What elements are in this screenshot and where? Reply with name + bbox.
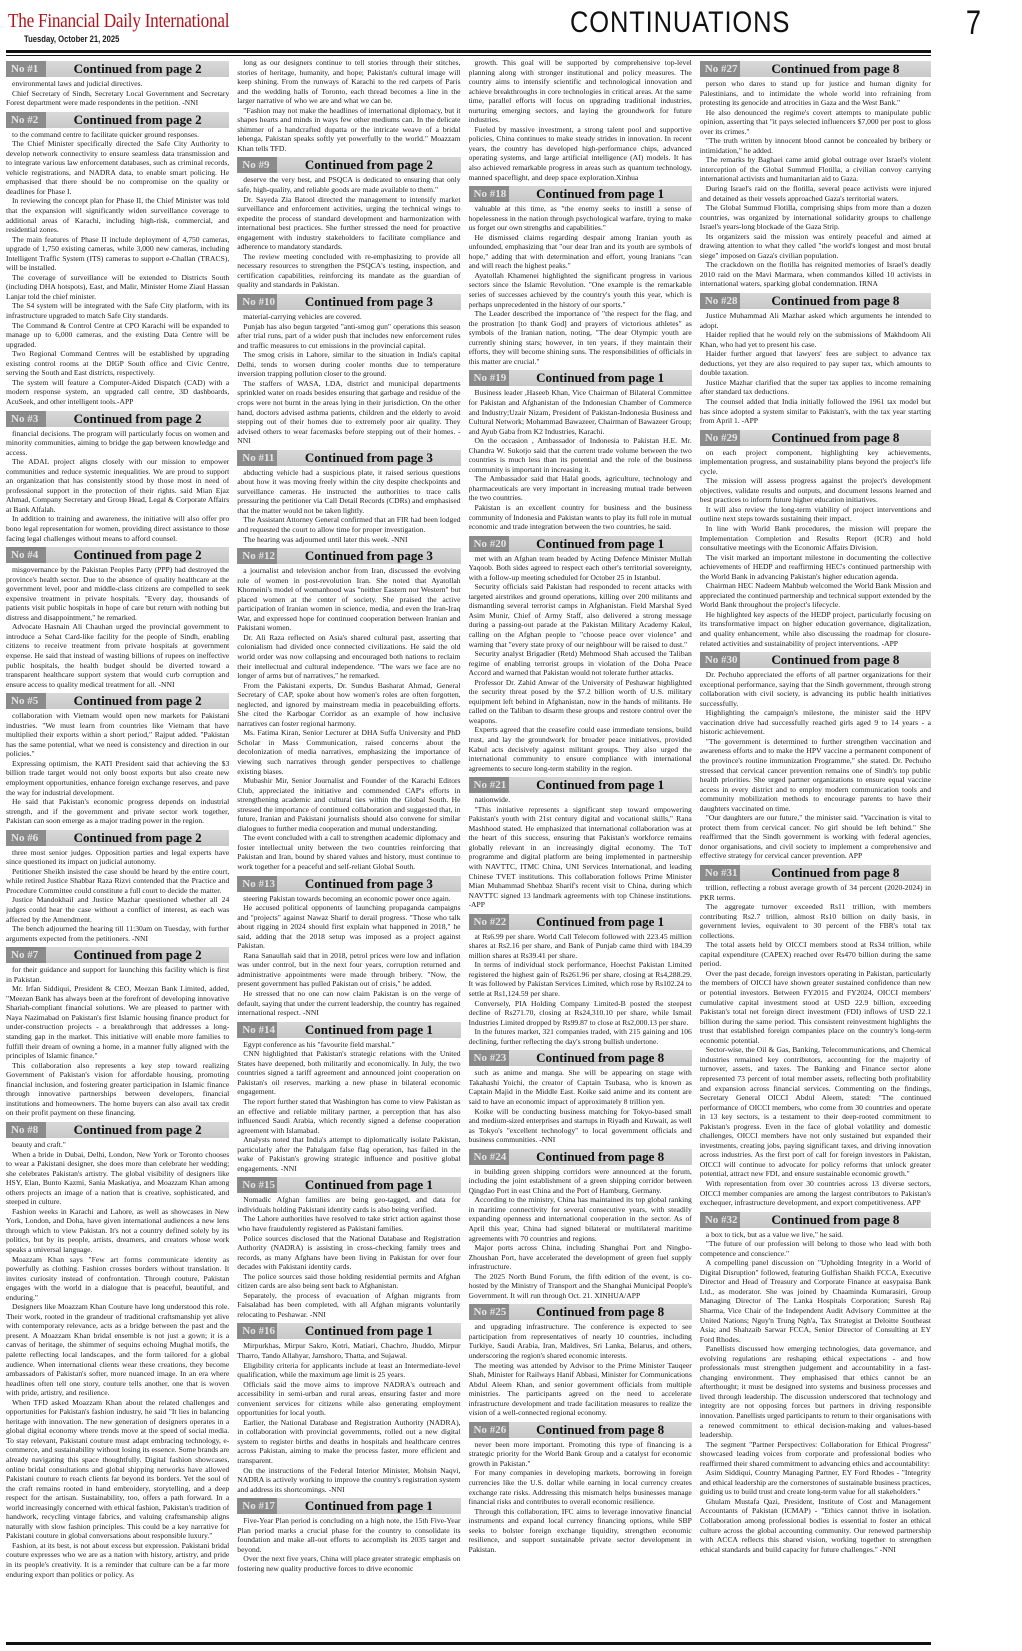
story-paragraph: The report further stated that Washingto… <box>237 1097 460 1135</box>
story-paragraph: The meeting was attended by Advisor to t… <box>469 1361 692 1418</box>
continued-from-label: Continued from page 8 <box>509 1422 692 1438</box>
continued-from-label: Continued from page 2 <box>46 693 229 709</box>
story-paragraph: Sector-wise, the Oil & Gas, Banking, Tel… <box>700 1045 931 1179</box>
story-paragraph: Separately, the process of evacuation of… <box>237 1291 460 1320</box>
story-paragraph: The Chief Minister specifically directed… <box>6 139 229 196</box>
story-header: No #2Continued from page 2 <box>6 112 229 128</box>
story-paragraph: Dr. Pechuho appreciated the efforts of a… <box>700 670 931 708</box>
story-paragraph: valuable at this time, as "the enemy see… <box>469 204 692 233</box>
story-paragraph: in building green shipping corridors wer… <box>469 1167 692 1196</box>
footer-rule <box>6 1642 931 1645</box>
story-paragraph: Professor Dr. Zahid Anwar of the Univers… <box>469 678 692 726</box>
story-paragraph: Conversely, PIA Holding Company Limited-… <box>469 999 692 1028</box>
story-paragraph: Designers like Moazzam Khan Couture have… <box>6 1302 229 1397</box>
story-paragraph: environmental laws and judicial directiv… <box>6 79 229 89</box>
story-header: No #27Continued from page 8 <box>700 61 931 77</box>
story: No #32Continued from page 8a box to tick… <box>700 1212 931 1555</box>
story-paragraph: deserve the very best, and PSQCA is dedi… <box>237 175 460 194</box>
story-paragraph: The segment "Partner Perspectives: Colla… <box>700 1440 931 1469</box>
story-paragraph: The staffers of WASA, LDA, district and … <box>237 379 460 446</box>
story-number-badge: No #21 <box>469 777 509 793</box>
story-paragraph: The S4 system will be integrated with th… <box>6 301 229 320</box>
story-header: No #6Continued from page 2 <box>6 830 229 846</box>
story-header: No #4Continued from page 2 <box>6 547 229 563</box>
story-paragraph: a box to tick, but as a value we live," … <box>700 1230 931 1240</box>
story-paragraph: Business leader ,Haseeb Khan, Vice Chair… <box>469 388 692 436</box>
story-number-badge: No #27 <box>700 61 740 77</box>
story-paragraph: The police sources said those holding re… <box>237 1272 460 1291</box>
continued-from-label: Continued from page 2 <box>46 947 229 963</box>
story-paragraph: On the instructions of the Federal Inter… <box>237 1466 460 1495</box>
story: No #17Continued from page 1Five-Year Pla… <box>237 1498 460 1573</box>
masthead: The Financial Daily International Tuesda… <box>6 0 931 50</box>
continued-from-label: Continued from page 8 <box>509 1304 692 1320</box>
story-paragraph: He said that Pakistan's economic progres… <box>6 797 229 826</box>
story: No #23Continued from page 8such as anime… <box>469 1050 692 1144</box>
masthead-rule-thin <box>6 55 931 56</box>
story-paragraph: Moazzam Khan says "Few art forms communi… <box>6 1255 229 1303</box>
page-number: 7 <box>966 4 981 43</box>
continued-from-label: Continued from page 1 <box>277 1177 460 1193</box>
story-paragraph: and upgrading infrastructure. The confer… <box>469 1322 692 1360</box>
story-paragraph: Chief Secretary of Sindh, Secretary Loca… <box>6 89 229 108</box>
story-paragraph: The aggregate turnover exceeded Rs11 tri… <box>700 902 931 940</box>
story-number-badge: No #20 <box>469 536 509 552</box>
continued-from-label: Continued from page 2 <box>46 61 229 77</box>
story-paragraph: The smog crisis in Lahore, similar to th… <box>237 350 460 379</box>
story-paragraph: Fashion weeks in Karachi and Lahore, as … <box>6 1207 229 1255</box>
story-header: No #19Continued from page 1 <box>469 370 692 386</box>
story-paragraph: The mission will assess progress against… <box>700 476 931 505</box>
story-paragraph: long as our designers continue to tell s… <box>237 58 460 106</box>
story-paragraph: He stressed that no one can now claim Pa… <box>237 989 460 1018</box>
story-header: No #3Continued from page 2 <box>6 411 229 427</box>
continued-from-label: Continued from page 8 <box>740 61 931 77</box>
story-number-badge: No #22 <box>469 914 509 930</box>
story-paragraph: Koike will be conducting business matchi… <box>469 1107 692 1145</box>
story-header: No #29Continued from page 8 <box>700 430 931 446</box>
story-paragraph: material-carrying vehicles are covered. <box>237 312 460 322</box>
story-header: No #1Continued from page 2 <box>6 61 229 77</box>
story-paragraph: The main features of Phase II include de… <box>6 235 229 273</box>
continued-from-label: Continued from page 1 <box>509 914 692 930</box>
story-number-badge: No #18 <box>469 186 509 202</box>
story-paragraph: He accused political opponents of launch… <box>237 903 460 951</box>
column-2: long as our designers continue to tell s… <box>237 58 460 1638</box>
story-paragraph: for their guidance and support for launc… <box>6 965 229 984</box>
story: No #18Continued from page 1valuable at t… <box>469 186 692 366</box>
story-paragraph: person who dares to stand up for justice… <box>700 79 931 108</box>
story-paragraph: It will also review the long-term viabil… <box>700 505 931 524</box>
continued-from-label: Continued from page 2 <box>46 830 229 846</box>
continued-from-label: Continued from page 1 <box>509 536 692 552</box>
story-number-badge: No #3 <box>6 411 46 427</box>
story-paragraph: Fashion, at its best, is not about exces… <box>6 1541 229 1579</box>
story-paragraph: collaboration with Vietnam would open ne… <box>6 711 229 759</box>
story-header: No #5Continued from page 2 <box>6 693 229 709</box>
story-paragraph: When TFD asked Moazzam Khan about the re… <box>6 1398 229 1541</box>
story-number-badge: No #23 <box>469 1050 509 1066</box>
story-paragraph: The total assets held by OICCI members s… <box>700 940 931 969</box>
story-header: No #9Continued from page 2 <box>237 157 460 173</box>
story-paragraph: met with an Afghan team headed by Acting… <box>469 554 692 583</box>
story-paragraph: misgovernance by the Pakistan Peoples Pa… <box>6 565 229 622</box>
story-paragraph: Expressing optimism, the KATI President … <box>6 759 229 797</box>
column-4: No #27Continued from page 8person who da… <box>700 58 931 1638</box>
story-paragraph: Ayatollah Khamenei highlighted the signi… <box>469 271 692 309</box>
story-number-badge: No #5 <box>6 693 46 709</box>
story-paragraph: For many companies in developing markets… <box>469 1468 692 1506</box>
story-header: No #14Continued from page 1 <box>237 1022 460 1038</box>
story-paragraph: Analysts noted that India's attempt to d… <box>237 1135 460 1173</box>
story: No #16Continued from page 1Mirpurkhas, M… <box>237 1323 460 1494</box>
story-paragraph: Security officials said Pakistan had res… <box>469 582 692 649</box>
story-paragraph: such as anime and manga. She will be app… <box>469 1068 692 1106</box>
story-paragraph: Security analyst Brigadier (Retd) Mehmoo… <box>469 649 692 678</box>
story-paragraph: The coverage of surveillance will be ext… <box>6 273 229 302</box>
story-paragraph: In addition to training and awareness, t… <box>6 514 229 543</box>
story: No #1Continued from page 2environmental … <box>6 61 229 108</box>
story-header: No #8Continued from page 2 <box>6 1122 229 1138</box>
story: No #15Continued from page 1Nomadic Afgha… <box>237 1177 460 1319</box>
masthead-rule-thick <box>6 50 931 53</box>
story-paragraph: From the Pakistani experts, Dr. Sundus B… <box>237 681 460 729</box>
story-number-badge: No #30 <box>700 652 740 668</box>
story-number-badge: No #13 <box>237 876 277 892</box>
story-paragraph: With representation from over 30 countri… <box>700 1179 931 1208</box>
section-title: CONTINUATIONS <box>570 6 790 40</box>
story-paragraph: Mirpurkhas, Mirpur Sakro, Kotri, Matiari… <box>237 1341 460 1360</box>
story: No #9Continued from page 2deserve the ve… <box>237 157 460 290</box>
continued-from-label: Continued from page 1 <box>277 1022 460 1038</box>
story-paragraph: Egypt conference as his "favourite field… <box>237 1040 460 1050</box>
story-paragraph: The Assistant Attorney General confirmed… <box>237 515 460 534</box>
story-paragraph: at Rs6.99 per share. World Call Telecom … <box>469 932 692 961</box>
story-header: No #31Continued from page 8 <box>700 865 931 881</box>
story-paragraph: The hearing was adjourned until later th… <box>237 535 460 545</box>
story-header: No #7Continued from page 2 <box>6 947 229 963</box>
story-paragraph: According to the ministry, China has mai… <box>469 1195 692 1243</box>
story: No #14Continued from page 1Egypt confere… <box>237 1022 460 1174</box>
story-paragraph: When a bride in Dubai, Delhi, London, Ne… <box>6 1150 229 1207</box>
story-paragraph: Police sources disclosed that the Nation… <box>237 1234 460 1272</box>
story-paragraph: During Israel's raid on the flotilla, se… <box>700 184 931 203</box>
story-paragraph: Rana Sanaullah said that in 2018, petrol… <box>237 951 460 989</box>
continued-from-label: Continued from page 2 <box>46 411 229 427</box>
continued-from-label: Continued from page 8 <box>740 865 931 881</box>
story-header: No #28Continued from page 8 <box>700 293 931 309</box>
story-paragraph: abducting vehicle had a suspicious plate… <box>237 468 460 516</box>
story-paragraph: "The truth written by innocent blood can… <box>700 136 931 155</box>
story-paragraph: beauty and craft." <box>6 1140 229 1150</box>
story-paragraph: "The future of our profession will belon… <box>700 1239 931 1258</box>
story: No #29Continued from page 8on each proje… <box>700 430 931 648</box>
story-paragraph: The counsel added that India initially f… <box>700 397 931 426</box>
column-1: No #1Continued from page 2environmental … <box>6 58 229 1638</box>
story-paragraph: The Ambassador said that Halal goods, ag… <box>469 474 692 503</box>
continued-from-label: Continued from page 2 <box>46 547 229 563</box>
newspaper-page: The Financial Daily International Tuesda… <box>6 0 931 1651</box>
story-paragraph: The Leader described the importance of "… <box>469 309 692 366</box>
story-paragraph: Panellists discussed how emerging techno… <box>700 1344 931 1439</box>
story-number-badge: No #26 <box>469 1422 509 1438</box>
story: No #27Continued from page 8person who da… <box>700 61 931 289</box>
story: No #25Continued from page 8and upgrading… <box>469 1304 692 1417</box>
story-paragraph: Fueled by massive investment, a strong t… <box>469 125 692 182</box>
story-paragraph: "Our daughters are our future," the mini… <box>700 813 931 861</box>
continued-from-label: Continued from page 8 <box>509 1149 692 1165</box>
story-paragraph: Haider further argued that lawyers' fees… <box>700 349 931 378</box>
story-paragraph: Two Regional Command Centres will be est… <box>6 349 229 378</box>
story: No #12Continued from page 3a journalist … <box>237 548 460 872</box>
story: No #30Continued from page 8Dr. Pechuho a… <box>700 652 931 861</box>
story-paragraph: Justice Muhammad Ali Mazhar asked which … <box>700 311 931 330</box>
continued-from-label: Continued from page 8 <box>740 293 931 309</box>
story-header: No #23Continued from page 8 <box>469 1050 692 1066</box>
story: No #28Continued from page 8Justice Muham… <box>700 293 931 426</box>
story-number-badge: No #6 <box>6 830 46 846</box>
story: growth. This goal will be supported by c… <box>469 58 692 182</box>
story-paragraph: In line with World Bank procedures, the … <box>700 524 931 553</box>
story-paragraph: nationwide. <box>469 795 692 805</box>
story-paragraph: steering Pakistan towards becoming an ec… <box>237 894 460 904</box>
story-paragraph: The system will feature a Computer-Aided… <box>6 378 229 407</box>
story: No #21Continued from page 1nationwide."T… <box>469 777 692 910</box>
story-header: No #20Continued from page 1 <box>469 536 692 552</box>
story-number-badge: No #24 <box>469 1149 509 1165</box>
continued-from-label: Continued from page 2 <box>277 157 460 173</box>
story-paragraph: three most senior judges. Opposition par… <box>6 848 229 867</box>
story-number-badge: No #32 <box>700 1212 740 1228</box>
story-paragraph: Over the past decade, foreign investors … <box>700 969 931 1045</box>
story-paragraph: Earlier, the National Database and Regis… <box>237 1418 460 1466</box>
story-number-badge: No #14 <box>237 1022 277 1038</box>
continued-from-label: Continued from page 8 <box>509 1050 692 1066</box>
story-paragraph: CNN highlighted that Pakistan's strategi… <box>237 1049 460 1097</box>
story: No #3Continued from page 2financial deci… <box>6 411 229 544</box>
continued-from-label: Continued from page 3 <box>277 548 460 564</box>
story-header: No #32Continued from page 8 <box>700 1212 931 1228</box>
story-number-badge: No #9 <box>237 157 277 173</box>
story-paragraph: Its organizers said the mission was enti… <box>700 232 931 261</box>
story-paragraph: Pakistan is an excellent country for bus… <box>469 503 692 532</box>
story-paragraph: Eligibility criteria for applicants incl… <box>237 1361 460 1380</box>
story-header: No #10Continued from page 3 <box>237 294 460 310</box>
story-number-badge: No #19 <box>469 370 509 386</box>
continued-from-label: Continued from page 8 <box>740 1212 931 1228</box>
story-paragraph: The review meeting concluded with re-emp… <box>237 252 460 290</box>
continued-from-label: Continued from page 3 <box>277 450 460 466</box>
story-paragraph: "The government is determined to further… <box>700 737 931 813</box>
story-paragraph: growth. This goal will be supported by c… <box>469 58 692 125</box>
story-number-badge: No #2 <box>6 112 46 128</box>
story-paragraph: Experts agreed that the ceasefire could … <box>469 725 692 773</box>
continued-from-label: Continued from page 1 <box>509 186 692 202</box>
story-number-badge: No #12 <box>237 548 277 564</box>
story: No #8Continued from page 2beauty and cra… <box>6 1122 229 1579</box>
continued-from-label: Continued from page 8 <box>740 652 931 668</box>
story-paragraph: In reviewing the concept plan for Phase … <box>6 196 229 234</box>
story: No #24Continued from page 8in building g… <box>469 1149 692 1301</box>
story-paragraph: Ghulam Mustafa Qazi, President, Institut… <box>700 1497 931 1554</box>
story-number-badge: No #25 <box>469 1304 509 1320</box>
story-paragraph: Petitioner Sheikh insisted the case shou… <box>6 867 229 896</box>
story-number-badge: No #17 <box>237 1498 277 1514</box>
story: No #5Continued from page 2collaboration … <box>6 693 229 826</box>
story-paragraph: "Fashion may not make the headlines of i… <box>237 106 460 154</box>
story: No #31Continued from page 8trillion, ref… <box>700 865 931 1208</box>
story-header: No #15Continued from page 1 <box>237 1177 460 1193</box>
story: No #20Continued from page 1met with an A… <box>469 536 692 774</box>
story: No #13Continued from page 3steering Paki… <box>237 876 460 1018</box>
story-paragraph: In terms of individual stock performance… <box>469 960 692 998</box>
story-paragraph: Major ports across China, including Shan… <box>469 1243 692 1272</box>
continued-from-label: Continued from page 2 <box>46 1122 229 1138</box>
story-number-badge: No #31 <box>700 865 740 881</box>
story-paragraph: The remarks by Baghaei came amid global … <box>700 155 931 184</box>
story-paragraph: Through this collaboration, IFC aims to … <box>469 1507 692 1555</box>
story-header: No #21Continued from page 1 <box>469 777 692 793</box>
columns-container: No #1Continued from page 2environmental … <box>6 58 931 1638</box>
story-header: No #11Continued from page 3 <box>237 450 460 466</box>
story-paragraph: The visit marked an important milestone … <box>700 553 931 582</box>
story-header: No #17Continued from page 1 <box>237 1498 460 1514</box>
continued-from-label: Continued from page 2 <box>46 112 229 128</box>
story-paragraph: Officials said the move aims to improve … <box>237 1380 460 1418</box>
continued-from-label: Continued from page 1 <box>277 1498 460 1514</box>
continued-from-label: Continued from page 1 <box>277 1323 460 1339</box>
story-paragraph: to the command centre to facilitate quic… <box>6 130 229 140</box>
story-paragraph: "This initiative represents a significan… <box>469 805 692 910</box>
story-paragraph: He dismissed claims regarding despair am… <box>469 233 692 271</box>
story: No #2Continued from page 2to the command… <box>6 112 229 407</box>
story: No #4Continued from page 2misgovernance … <box>6 547 229 689</box>
story-paragraph: Mr. Irfan Siddiqui, President & CEO, Mee… <box>6 984 229 1060</box>
story-paragraph: on each project component, highlighting … <box>700 448 931 477</box>
story-paragraph: Advocate Hasnain Ali Chauhan urged the p… <box>6 622 229 689</box>
story-header: No #30Continued from page 8 <box>700 652 931 668</box>
story-number-badge: No #28 <box>700 293 740 309</box>
story: No #11Continued from page 3abducting veh… <box>237 450 460 544</box>
paper-name: The Financial Daily International <box>8 10 229 33</box>
story-paragraph: Dr. Sayeda Zia Batool directed the manag… <box>237 195 460 252</box>
story-paragraph: Five-Year Plan period is concluding on a… <box>237 1516 460 1554</box>
story-number-badge: No #10 <box>237 294 277 310</box>
story-paragraph: Asim Siddiqui, Country Managing Partner,… <box>700 1468 931 1497</box>
continued-from-label: Continued from page 1 <box>509 370 692 386</box>
story: No #19Continued from page 1Business lead… <box>469 370 692 531</box>
story-paragraph: Chairman HEC Nadeem Mahbub welcomed the … <box>700 581 931 610</box>
story-paragraph: The crackdown on the flotilla has reigni… <box>700 260 931 289</box>
story-paragraph: The event concluded with a call to stren… <box>237 833 460 871</box>
story-header: No #18Continued from page 1 <box>469 186 692 202</box>
story-paragraph: Highlighting the campaign's milestone, t… <box>700 708 931 737</box>
story-paragraph: a journalist and television anchor from … <box>237 566 460 633</box>
story-paragraph: A compelling panel discussion on "Uphold… <box>700 1258 931 1344</box>
story-paragraph: Ms. Fatima Kiran, Senior Lecturer at DHA… <box>237 728 460 776</box>
story-header: No #16Continued from page 1 <box>237 1323 460 1339</box>
story: long as our designers continue to tell s… <box>237 58 460 153</box>
story: No #6Continued from page 2three most sen… <box>6 830 229 943</box>
story-paragraph: Justice Mandokhail and Justice Mazhar qu… <box>6 895 229 924</box>
issue-date: Tuesday, October 21, 2025 <box>24 34 119 44</box>
story-number-badge: No #8 <box>6 1122 46 1138</box>
continued-from-label: Continued from page 8 <box>740 430 931 446</box>
story-paragraph: trillion, reflecting a robust average gr… <box>700 883 931 902</box>
story-paragraph: Justice Mazhar clarified that the super … <box>700 378 931 397</box>
story-paragraph: Haider replied that he would rely on the… <box>700 330 931 349</box>
story-paragraph: In the futures market, 321 companies tra… <box>469 1027 692 1046</box>
story-paragraph: The ADAL project aligns closely with our… <box>6 457 229 514</box>
story-paragraph: The bench adjourned the hearing till 11:… <box>6 924 229 943</box>
story-paragraph: He highlighted key aspects of the HEDP p… <box>700 610 931 648</box>
story-number-badge: No #29 <box>700 430 740 446</box>
story-paragraph: Mubashir Mir, Senior Journalist and Foun… <box>237 776 460 833</box>
story-paragraph: The Lahore authorities have resolved to … <box>237 1214 460 1233</box>
story-paragraph: financial decisions. The program will pa… <box>6 429 229 458</box>
story-number-badge: No #16 <box>237 1323 277 1339</box>
story-paragraph: never been more important. Promoting thi… <box>469 1440 692 1469</box>
story-paragraph: The Command & Control Centre at CPO Kara… <box>6 321 229 350</box>
story-paragraph: Nomadic Afghan families are being geo-ta… <box>237 1195 460 1214</box>
story-paragraph: Dr. Ali Raza reflected on Asia's shared … <box>237 633 460 681</box>
story-header: No #22Continued from page 1 <box>469 914 692 930</box>
story-number-badge: No #7 <box>6 947 46 963</box>
story-header: No #13Continued from page 3 <box>237 876 460 892</box>
story-number-badge: No #11 <box>237 450 277 466</box>
story: No #22Continued from page 1at Rs6.99 per… <box>469 914 692 1047</box>
story-paragraph: Over the next five years, China will pla… <box>237 1554 460 1573</box>
continued-from-label: Continued from page 3 <box>277 294 460 310</box>
story: No #26Continued from page 8never been mo… <box>469 1422 692 1555</box>
story-paragraph: He also denounced the regime's covert at… <box>700 108 931 137</box>
story-paragraph: The 2025 North Bund Forum, the fifth edi… <box>469 1272 692 1301</box>
story: No #10Continued from page 3material-carr… <box>237 294 460 446</box>
continued-from-label: Continued from page 3 <box>277 876 460 892</box>
story-paragraph: On the occasion , Ambassador of Indonesi… <box>469 436 692 474</box>
story-header: No #25Continued from page 8 <box>469 1304 692 1320</box>
continued-from-label: Continued from page 1 <box>509 777 692 793</box>
story-paragraph: Punjab has also begun targeted "anti-smo… <box>237 322 460 351</box>
column-3: growth. This goal will be supported by c… <box>469 58 692 1638</box>
story-header: No #24Continued from page 8 <box>469 1149 692 1165</box>
story-number-badge: No #1 <box>6 61 46 77</box>
story-number-badge: No #4 <box>6 547 46 563</box>
story-header: No #12Continued from page 3 <box>237 548 460 564</box>
story: No #7Continued from page 2for their guid… <box>6 947 229 1118</box>
story-paragraph: The Global Summud Flotilla, comprising s… <box>700 203 931 232</box>
story-paragraph: This collaboration also represents a key… <box>6 1061 229 1118</box>
story-number-badge: No #15 <box>237 1177 277 1193</box>
story-header: No #26Continued from page 8 <box>469 1422 692 1438</box>
